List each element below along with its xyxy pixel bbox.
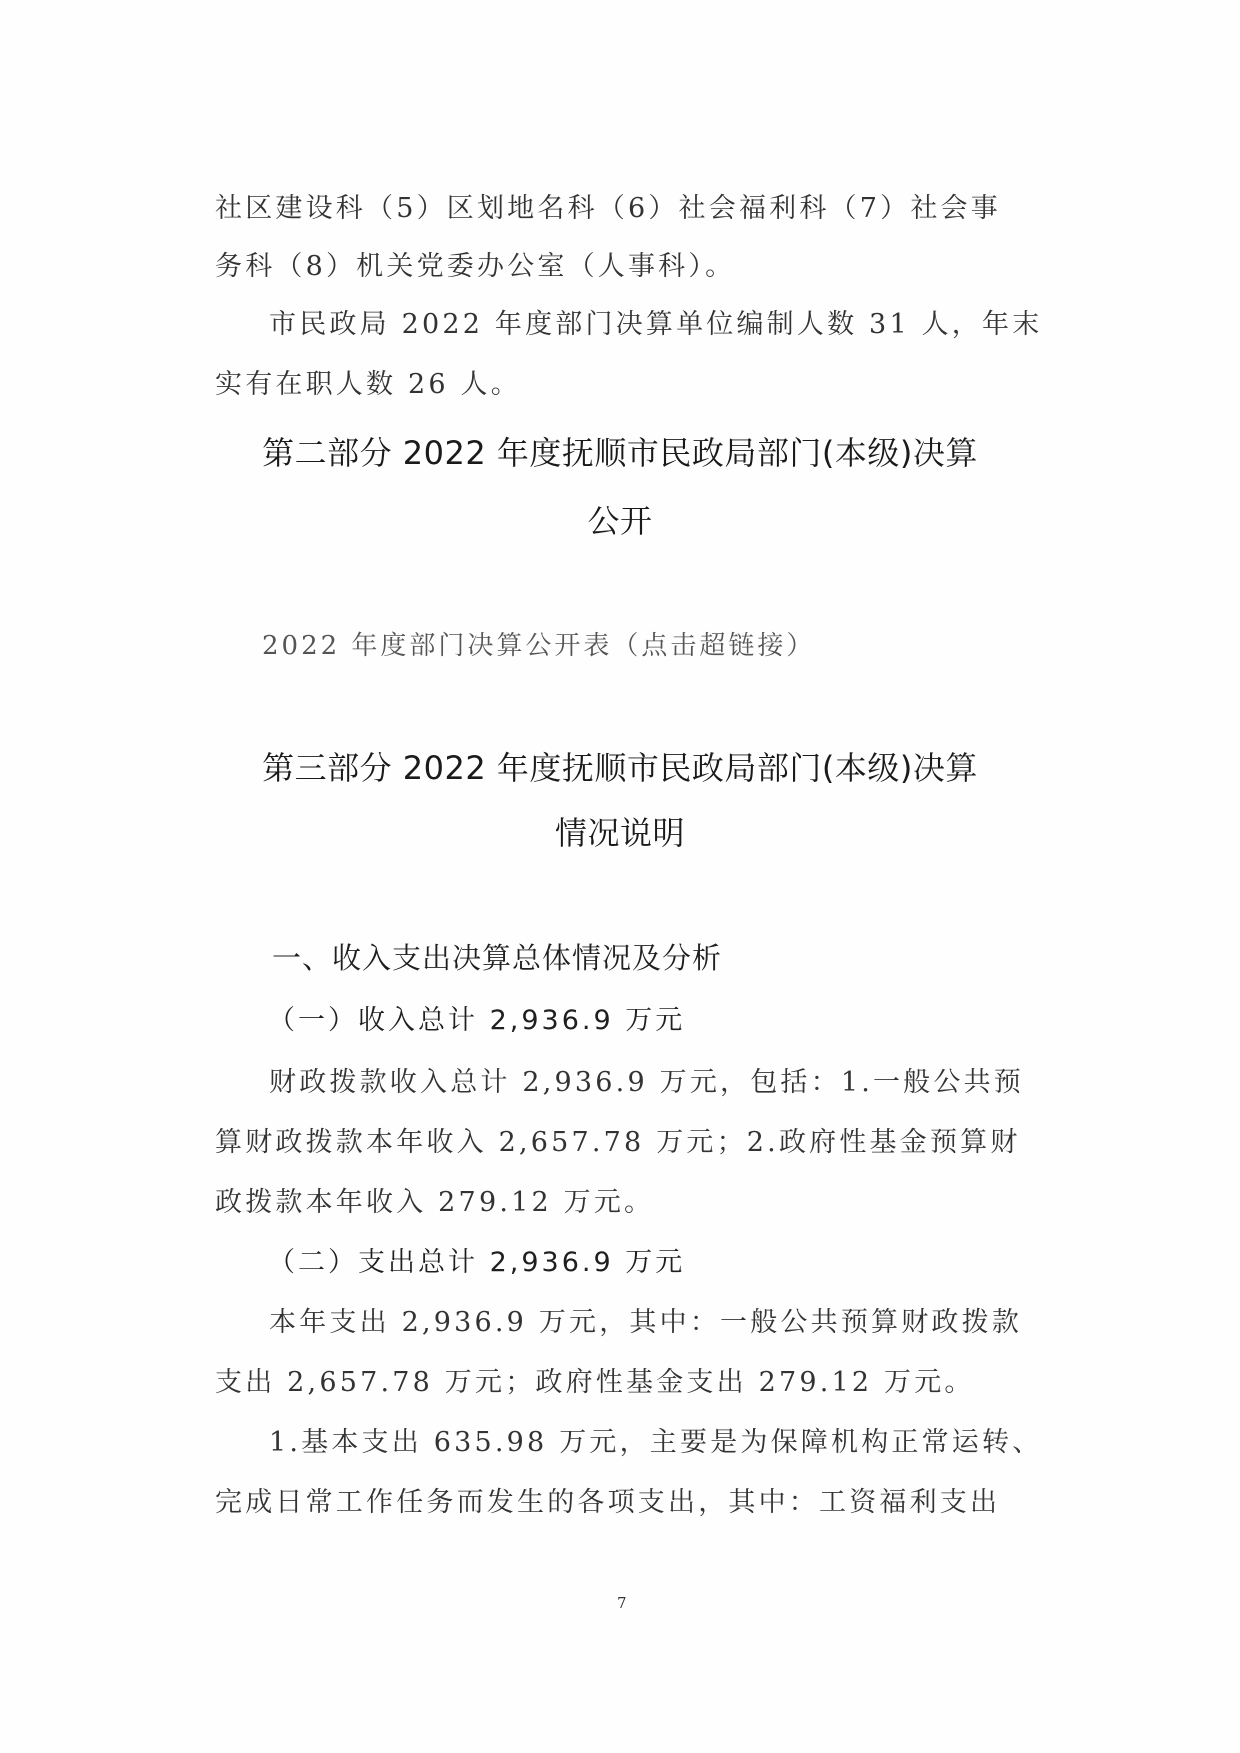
income-paragraph-line: 政拨款本年收入 279.12 万元。 <box>215 1180 654 1219</box>
part-two-title: 第二部分 2022 年度抚顺市民政局部门(本级)决算 <box>0 428 1240 474</box>
staffing-paragraph-line: 市民政局 2022 年度部门决算单位编制人数 31 人，年末 <box>269 302 1042 341</box>
paragraph-line: 务科（8）机关党委办公室（人事科）。 <box>215 244 735 283</box>
section-one-heading: 一、收入支出决算总体情况及分析 <box>272 936 722 977</box>
part-three-title-continued: 情况说明 <box>0 808 1240 854</box>
decision-table-link[interactable]: 2022 年度部门决算公开表（点击超链接） <box>262 625 815 662</box>
paragraph-line: 社区建设科（5）区划地名科（6）社会福利科（7）社会事 <box>215 186 1001 225</box>
basic-expenditure-line: 1.基本支出 635.98 万元，主要是为保障机构正常运转、 <box>269 1420 1042 1459</box>
expenditure-paragraph-line: 支出 2,657.78 万元；政府性基金支出 279.12 万元。 <box>215 1360 975 1399</box>
part-three-title: 第三部分 2022 年度抚顺市民政局部门(本级)决算 <box>0 743 1240 789</box>
document-page: 社区建设科（5）区划地名科（6）社会福利科（7）社会事 务科（8）机关党委办公室… <box>0 0 1240 1753</box>
expenditure-subheading: （二）支出总计 2,936.9 万元 <box>268 1240 685 1279</box>
income-paragraph-line: 财政拨款收入总计 2,936.9 万元，包括：1.一般公共预 <box>269 1060 1024 1099</box>
income-paragraph-line: 算财政拨款本年收入 2,657.78 万元；2.政府性基金预算财 <box>215 1120 1021 1159</box>
staffing-paragraph-line: 实有在职人数 26 人。 <box>215 362 521 401</box>
expenditure-paragraph-line: 本年支出 2,936.9 万元，其中：一般公共预算财政拨款 <box>269 1300 1022 1339</box>
income-subheading: （一）收入总计 2,936.9 万元 <box>268 998 685 1037</box>
part-two-title-continued: 公开 <box>0 496 1240 542</box>
page-number: 7 <box>617 1594 627 1612</box>
basic-expenditure-line: 完成日常工作任务而发生的各项支出，其中：工资福利支出 <box>215 1480 1000 1519</box>
